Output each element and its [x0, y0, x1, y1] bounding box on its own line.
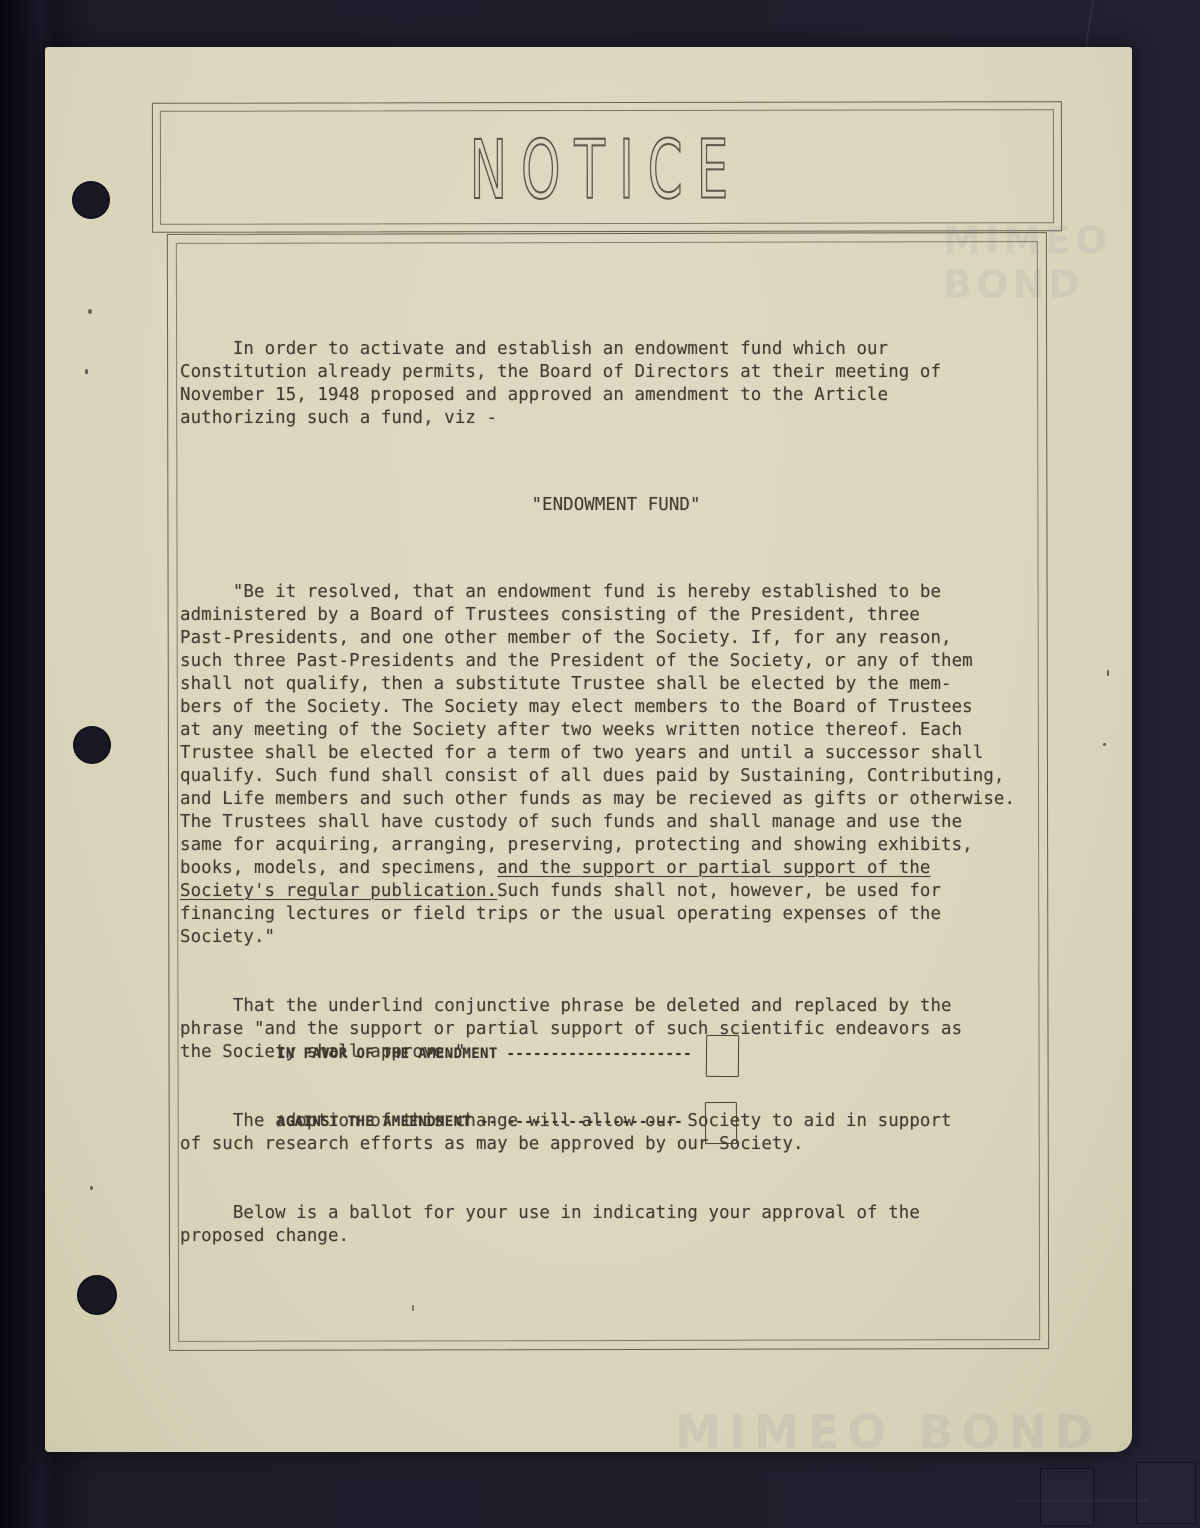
scanner-scratch-mark	[1084, 0, 1094, 54]
dust-speck	[85, 369, 88, 374]
scanner-bed-artifact	[1136, 1462, 1196, 1524]
scanned-page-scene: MIMEO BOND NOTICE In order to activate a…	[0, 0, 1200, 1528]
underlined-phrase-line1: and the support or partial support of th…	[497, 858, 930, 878]
paper-watermark-bottom: MIMEO BOND	[675, 1405, 1101, 1459]
punch-hole	[77, 1275, 117, 1315]
dust-speck	[1107, 670, 1109, 676]
page-title: NOTICE	[470, 123, 743, 217]
resolution-text-part1: "Be it resolved, that an endowment fund …	[180, 582, 1015, 878]
resolution-paragraph: "Be it resolved, that an endowment fund …	[180, 581, 1052, 949]
scanner-bed-artifact	[1016, 1499, 1148, 1502]
ballot-favor-checkbox[interactable]	[706, 1035, 739, 1077]
typewritten-text: In order to activate and establish an en…	[180, 292, 1052, 1294]
notice-title-lettering: NOTICE	[153, 106, 1059, 226]
dust-speck	[90, 1186, 93, 1190]
ballot-against-label: AGAINST THE AMEENDMENT -- --------------…	[277, 1114, 683, 1130]
notice-title-box: MIMEO BOND NOTICE	[152, 101, 1062, 233]
paper-sheet: MIMEO BOND NOTICE In order to activate a…	[45, 47, 1132, 1452]
scanner-bed-artifact	[1040, 1468, 1094, 1526]
dust-speck	[1103, 743, 1106, 746]
dust-speck	[412, 1305, 414, 1311]
dust-speck	[88, 309, 92, 314]
ballot-against-checkbox[interactable]	[705, 1102, 737, 1144]
ballot-intro-paragraph: Below is a ballot for your use in indica…	[180, 1202, 1052, 1248]
punch-hole	[72, 181, 110, 219]
underlined-phrase-line2: Society's regular publication.	[180, 881, 497, 901]
punch-hole	[73, 726, 111, 764]
endowment-fund-heading: "ENDOWMENT FUND"	[180, 494, 1052, 517]
intro-paragraph: In order to activate and establish an en…	[180, 338, 1052, 430]
ballot-favor-label: IN FAVOR OF THE AMENDMENT --------------…	[277, 1046, 692, 1062]
